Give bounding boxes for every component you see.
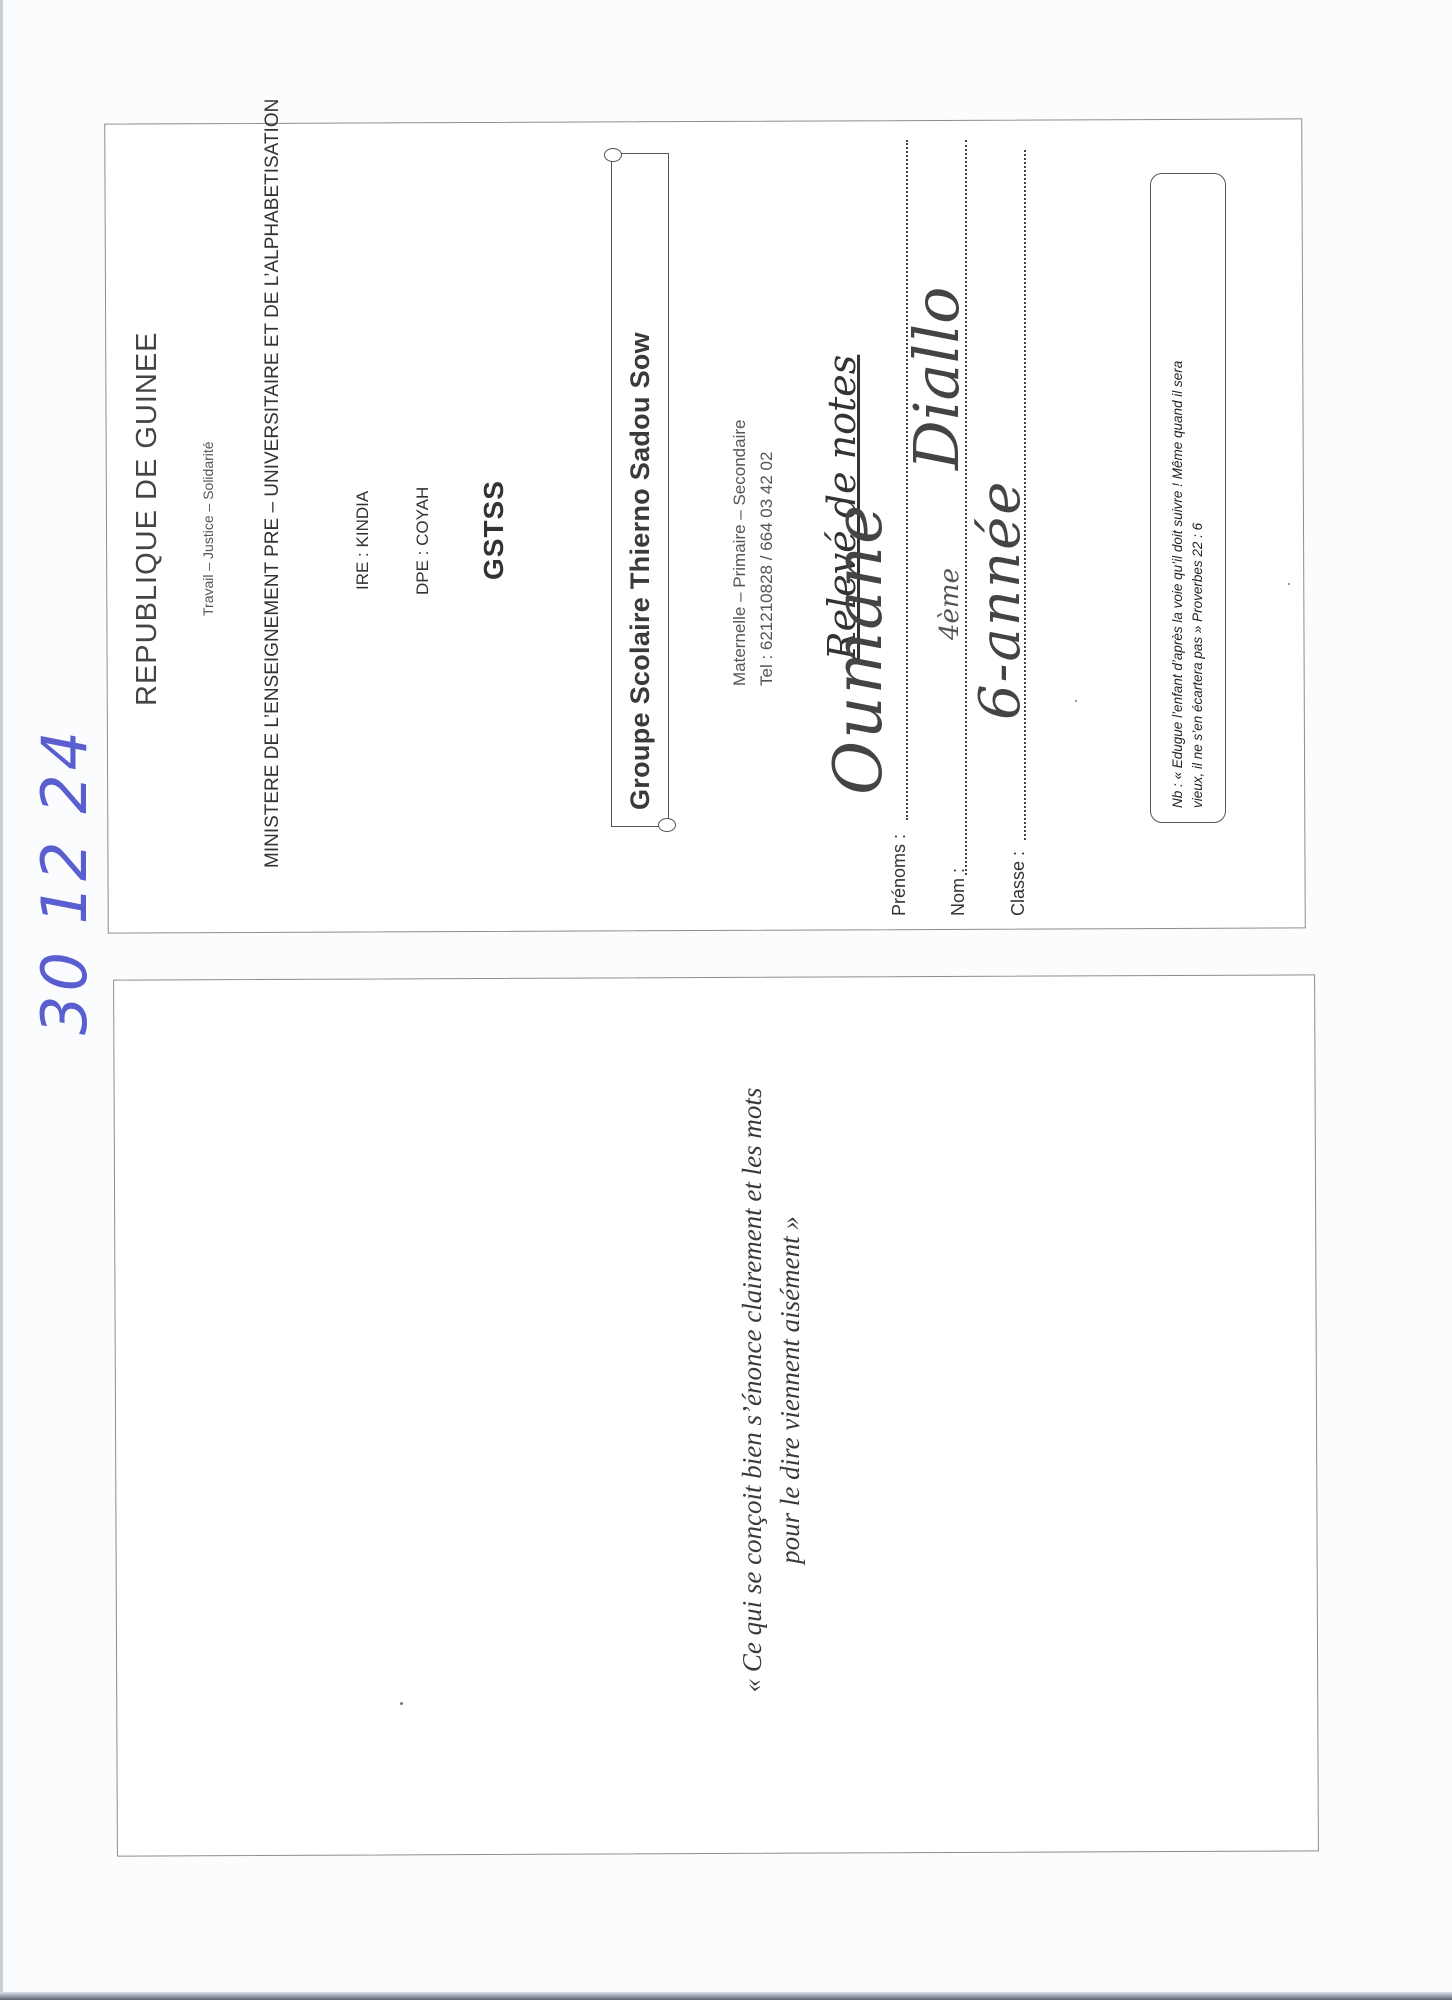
ministry-name: MINISTERE DE L’ENSEIGNEMENT PRE – UNIVER… (258, 178, 288, 868)
prenoms-dotted-line (906, 140, 908, 820)
scan-edge-left (0, 0, 3, 2000)
prenoms-label: Prénoms : (889, 834, 910, 916)
classe-label: Classe : (1008, 851, 1029, 916)
nom-value: Diallo (900, 287, 973, 471)
dpe-label: DPE : COYAH (413, 487, 433, 595)
boileau-quote: « Ce qui se conçoit bien s’énonce claire… (733, 980, 809, 1800)
scan-speck (400, 1702, 403, 1705)
school-name: Groupe Scolaire Thierno Sadou Sow (625, 332, 656, 810)
nom-dotted-line (965, 140, 967, 875)
ire-label: IRE : KINDIA (353, 491, 373, 590)
scan-speck (1075, 700, 1077, 702)
scan-speck (1288, 583, 1290, 585)
prenoms-value: Oumane (820, 503, 897, 795)
school-levels: Maternelle – Primaire – Secondaire (730, 420, 750, 686)
back-panel (113, 974, 1319, 1856)
proverb-note-line1: Nb : « Edugue l’enfant d’après la voie q… (1168, 361, 1188, 808)
national-motto: Travail – Justice – Solidarité (200, 441, 216, 616)
nom-label: Nom : (948, 868, 969, 916)
scan-edge-bottom (0, 1992, 1452, 2000)
handwritten-date: 30 12 24 (28, 727, 101, 1035)
nom-annotation: 4ème (935, 568, 965, 640)
quote-line2: pour le dire viennent aisément » (771, 980, 809, 1800)
proverb-note-line2: vieux, il ne s’en écartera pas » Proverb… (1188, 361, 1208, 808)
school-phone: Tel : 621210828 / 664 03 42 02 (757, 452, 777, 686)
proverb-note: Nb : « Edugue l’enfant d’après la voie q… (1168, 361, 1208, 808)
school-acronym: GSTSS (478, 480, 510, 580)
quote-line1: « Ce qui se conçoit bien s’énonce claire… (733, 980, 771, 1800)
classe-value: 6-année (968, 480, 1033, 720)
country-heading: REPUBLIQUE DE GUINEE (131, 331, 164, 706)
